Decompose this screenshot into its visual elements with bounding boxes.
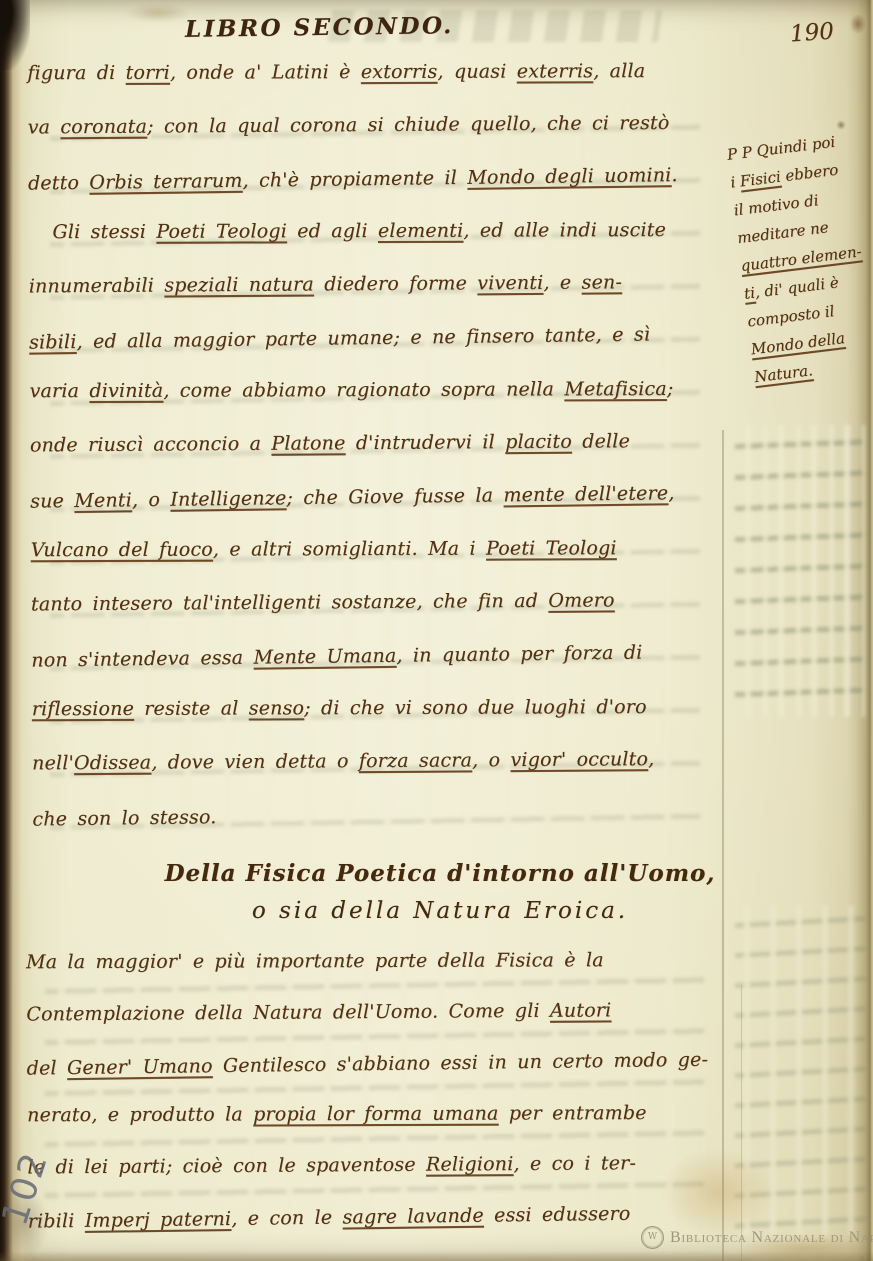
page-title: LIBRO SECONDO.	[185, 12, 454, 43]
paragraph-2: Ma la maggior' e più importante parte de…	[26, 948, 733, 1259]
manuscript-line: nerato, e produtto la propia lor forma u…	[27, 1102, 732, 1155]
section-heading-line1: Della Fisica Poetica d'intorno all'Uomo,	[130, 860, 750, 887]
paper-stain	[836, 120, 846, 130]
manuscript-line: del Gener' Umano Gentilesco s'abbiano es…	[27, 1048, 733, 1108]
margin-crease	[741, 985, 742, 1261]
manuscript-line: Contemplazione della Natura dell'Uomo. C…	[26, 999, 731, 1055]
manuscript-line: tanto intesero tal'intelligenti sostanze…	[31, 589, 731, 647]
stamp-text: Biblioteca Nazionale di Napoli	[670, 1229, 873, 1247]
paper-stain	[850, 14, 866, 34]
manuscript-line: Gli stessi Poeti Teologi ed agli element…	[28, 219, 728, 274]
manuscript-line: varia divinità, come abbiamo ragionato s…	[30, 378, 730, 433]
section-heading-line2: o sia della Natura Eroica.	[130, 898, 750, 924]
margin-note: P P Quindi poii Fisici ebberoil motivo d…	[726, 127, 873, 396]
manuscript-line: sibili, ed alla maggior parte umane; e n…	[29, 322, 730, 384]
library-stamp: W Biblioteca Nazionale di Napoli	[641, 1226, 873, 1249]
manuscript-line: detto Orbis terrarum, ch'è propiamente i…	[28, 163, 729, 225]
manuscript-line: riflessione resiste al senso; di che vi …	[32, 696, 732, 751]
manuscript-line: non s'intendeva essa Mente Umana, in qua…	[31, 640, 732, 702]
manuscript-line: Ma la maggior' e più importante parte de…	[26, 949, 731, 1002]
section-heading: Della Fisica Poetica d'intorno all'Uomo,…	[130, 860, 750, 924]
manuscript-line: nell'Odissea, dove vien detta o forza sa…	[32, 748, 732, 806]
manuscript-line: le di lei parti; cioè con le spaventose …	[27, 1152, 732, 1208]
manuscript-line: Vulcano del fuoco, e altri somiglianti. …	[31, 537, 731, 592]
page-number: 190	[789, 19, 835, 48]
manuscript-line: sue Menti, o Intelligenze; che Giove fus…	[30, 481, 731, 543]
manuscript-line: ribili Imperj paterni, e con le sagre la…	[28, 1201, 734, 1261]
paragraph-1: figura di torri, onde a' Latini è extorr…	[27, 59, 733, 859]
manuscript-line: va coronata; con la qual corona si chiud…	[28, 112, 728, 170]
library-emblem-icon: W	[641, 1226, 664, 1249]
manuscript-page: LIBRO SECONDO. 190 figura di torri, onde…	[0, 0, 873, 1261]
paper-stain	[126, 4, 190, 22]
manuscript-line: onde riuscì acconcio a Platone d'intrude…	[30, 430, 730, 488]
emblem-monogram: W	[648, 1233, 657, 1242]
manuscript-line: innumerabili speziali natura diedero for…	[29, 271, 729, 329]
bleed-through-ghost	[735, 425, 865, 717]
manuscript-line: figura di torri, onde a' Latini è extorr…	[27, 60, 727, 115]
corner-stain	[0, 0, 30, 70]
manuscript-line: che son lo stesso.	[32, 799, 733, 861]
